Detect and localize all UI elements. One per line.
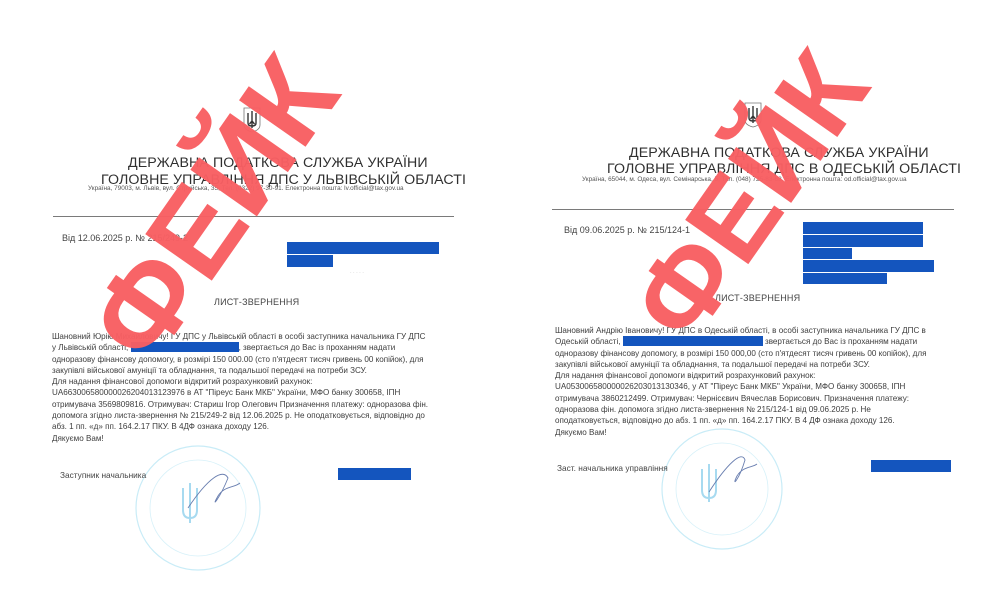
body-line: Шановний Андрію Івановичу! ГУ ДПС в Одес… (555, 325, 926, 336)
body-line: Для надання фінансової допомоги відкрити… (555, 370, 926, 381)
body-line: закупівлі військової амуніції та обладна… (555, 359, 926, 370)
signature-title: Заступник начальника (60, 470, 146, 480)
signature-title: Заст. начальника управління (557, 463, 668, 473)
body-line: у Львівській області, , звертається до В… (52, 342, 428, 353)
body-line: допомога згідно листа-звернення № 215/24… (52, 410, 428, 421)
body-line: отримувача 3569809816. Отримувач: Стариш… (52, 399, 428, 410)
redaction-block (338, 468, 411, 480)
redaction-block (871, 460, 951, 472)
redaction-block (803, 222, 923, 234)
body-line: одноразову фінансову допомогу, в розмірі… (555, 348, 926, 359)
body-line: Для надання фінансової допомоги відкрити… (52, 376, 428, 387)
body-line: отримувача 3860212499. Отримувач: Черніс… (555, 393, 926, 404)
letter-body: Шановний Андрію Івановичу! ГУ ДПС в Одес… (555, 325, 926, 438)
redaction-block (803, 235, 923, 247)
document-lviv: ДЕРЖАВНА ПОДАТКОВА СЛУЖБА УКРАЇНИ ГОЛОВН… (0, 0, 500, 613)
redaction-block (803, 273, 887, 284)
redaction-block (287, 255, 333, 267)
official-stamp-icon (128, 438, 268, 578)
redaction-block (287, 242, 439, 254)
body-line: закупівлі військової амуніції та обладна… (52, 365, 428, 376)
redaction-block (803, 248, 852, 259)
bank-account-line: UA053006580000026203013130346, у АТ "Пір… (555, 381, 926, 392)
bank-account-line: UA663006580000026204013123976 в АТ "Піре… (52, 387, 428, 398)
letter-body: Шановний Юрію Михайловичу! ГУ ДПС у Льві… (52, 331, 428, 444)
redaction-block (803, 260, 934, 272)
fake-watermark: ФЕЙК (68, 37, 358, 380)
document-odesa: ДЕРЖАВНА ПОДАТКОВА СЛУЖБА УКРАЇНИ ГОЛОВН… (500, 0, 1000, 613)
body-line: Одеській області, звертається до Вас із … (555, 336, 926, 347)
body-line: абз. 1 пп. «д» пп. 164.2.17 ПКУ. В 4ДФ о… (52, 421, 428, 432)
official-stamp-icon (657, 424, 787, 554)
body-line: одноразова фін. допомога згідно листа-зв… (555, 404, 926, 415)
body-line: одноразову фінансову допомогу, в розмірі… (52, 354, 428, 365)
fake-watermark: ФЕЙК (612, 33, 887, 359)
